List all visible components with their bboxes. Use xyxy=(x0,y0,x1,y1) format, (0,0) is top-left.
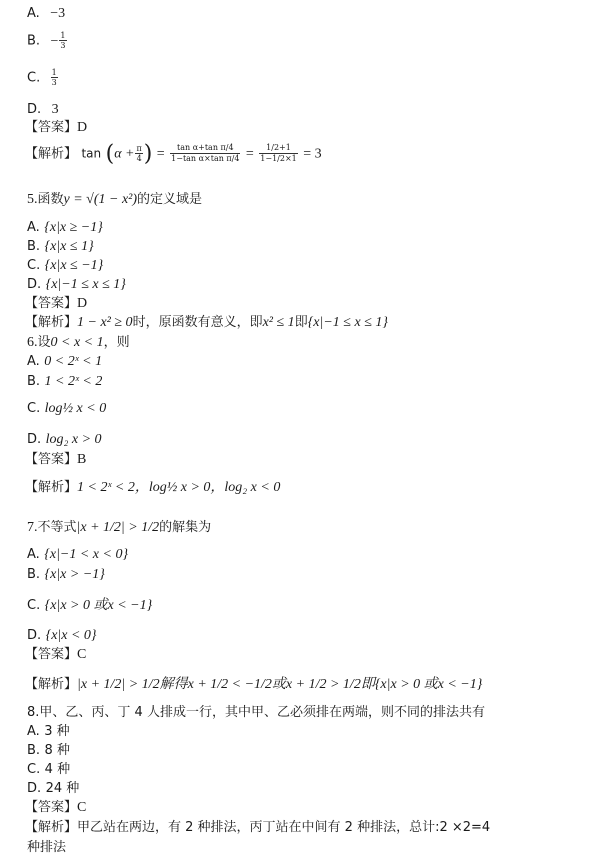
numerator: 1/2+1 xyxy=(259,143,297,154)
option-value: −3 xyxy=(50,6,65,21)
option-label: B. xyxy=(27,743,40,758)
option-label: A. xyxy=(27,547,40,562)
option-value: {x|x ≤ 1} xyxy=(45,239,94,254)
stem-text: 函数 xyxy=(38,192,64,207)
analysis-label: 【解析】 xyxy=(25,147,77,162)
answer-value: B xyxy=(77,452,86,467)
q7-stem: 7.不等式|x + 1/2| > 1/2的解集为 xyxy=(27,518,211,537)
alpha-plus: α + xyxy=(114,147,134,162)
q6-option-b: B. 1 < 2ˣ < 2 xyxy=(27,372,102,391)
answer-value: C xyxy=(77,800,86,815)
stem-text: 的定义域是 xyxy=(137,192,202,207)
q7-analysis: 【解析】|x + 1/2| > 1/2解得x + 1/2 < −1/2或x + … xyxy=(25,675,482,694)
q4-analysis: 【解析】 tan (α +π4) = tan α+tan π/41−tan α×… xyxy=(25,143,322,164)
stem-math: 0 < x < 1 xyxy=(51,335,104,350)
analysis-text: 甲乙站在两边，有 2 种排法，丙丁站在中间有 2 种排法，总计:2 ×2=4 xyxy=(77,820,490,835)
option-value: 4 种 xyxy=(45,762,70,777)
q6-option-a: A. 0 < 2ˣ < 1 xyxy=(27,352,102,371)
q5-option-b: B. {x|x ≤ 1} xyxy=(27,237,94,256)
option-label: B. xyxy=(27,239,40,254)
option-label: B. xyxy=(27,374,40,389)
fraction: π4 xyxy=(135,144,142,163)
q5-analysis: 【解析】1 − x² ≥ 0时，原函数有意义，即x² ≤ 1即{x|−1 ≤ x… xyxy=(25,313,388,332)
q8-option-c: C. 4 种 xyxy=(27,760,70,779)
q6-option-c: C. log½ x < 0 xyxy=(27,399,106,418)
answer-label: 【答案】 xyxy=(25,800,77,815)
stem-text: 不等式 xyxy=(38,520,77,535)
fraction: 13 xyxy=(59,31,66,50)
option-label: B. xyxy=(27,34,40,49)
option-value: {x|x < 0} xyxy=(46,628,97,643)
q4-option-a: A. −3 xyxy=(27,4,65,23)
numerator: tan α+tan π/4 xyxy=(170,143,240,154)
option-label: D. xyxy=(27,102,41,117)
answer-label: 【答案】 xyxy=(25,296,77,311)
option-label: A. xyxy=(27,354,40,369)
option-value: 0 < 2ˣ < 1 xyxy=(44,354,102,369)
q4-option-c: C. 13 xyxy=(27,68,59,88)
q5-stem: 5.函数y = √(1 − x²)的定义域是 xyxy=(27,190,202,209)
option-value: {x|x ≤ −1} xyxy=(45,258,104,273)
option-value: − xyxy=(51,34,59,49)
analysis-math: x² ≤ 1 xyxy=(263,315,295,330)
q4-option-d: D. 3 xyxy=(27,100,59,119)
left-paren: ( xyxy=(106,142,115,167)
q7-option-a: A. {x|−1 < x < 0} xyxy=(27,545,128,564)
option-value: {x|−1 ≤ x ≤ 1} xyxy=(46,277,126,292)
denominator: 1−tan α×tan π/4 xyxy=(170,154,240,164)
analysis-text: 时，原函数有意义，即 xyxy=(133,315,263,330)
q6-answer: 【答案】B xyxy=(25,450,86,469)
fraction-main: tan α+tan π/41−tan α×tan π/4 xyxy=(170,143,240,164)
q4-option-b: B. −13 xyxy=(27,31,68,51)
option-label: C. xyxy=(27,598,40,613)
q6-option-d: D. log₂ x > 0 xyxy=(27,430,102,449)
option-label: A. xyxy=(27,220,40,235)
q8-option-d: D. 24 种 xyxy=(27,779,79,798)
tan-text: tan xyxy=(81,147,101,161)
option-value: 1 < 2ˣ < 2 xyxy=(45,374,103,389)
question-number: 5. xyxy=(27,192,38,207)
analysis-math: {x|−1 ≤ x ≤ 1} xyxy=(308,315,388,330)
option-label: D. xyxy=(27,781,41,796)
q7-option-c: C. {x|x > 0 或x < −1} xyxy=(27,596,152,615)
option-value: 24 种 xyxy=(46,781,80,796)
analysis-label: 【解析】 xyxy=(25,820,77,835)
analysis-label: 【解析】 xyxy=(25,677,77,692)
stem-text: 8.甲、乙、丙、丁 4 人排成一行，其中甲、乙必须排在两端，则不同的排法共有 xyxy=(27,705,485,720)
numerator: 1 xyxy=(59,31,66,41)
option-value: 3 xyxy=(52,102,59,117)
option-value: log½ x < 0 xyxy=(45,401,107,416)
q4-answer: 【答案】D xyxy=(25,118,87,137)
fraction-value: 1/2+11−1/2×1 xyxy=(259,143,297,164)
stem-math: y = √(1 − x²) xyxy=(64,192,138,207)
option-label: A. xyxy=(27,6,40,21)
stem-math: |x + 1/2| > 1/2 xyxy=(77,520,160,535)
option-label: C. xyxy=(27,258,40,273)
q5-option-d: D. {x|−1 ≤ x ≤ 1} xyxy=(27,275,126,294)
option-value: {x|x > −1} xyxy=(45,567,105,582)
q8-analysis-cont: 种排法 xyxy=(27,838,66,857)
option-label: D. xyxy=(27,628,41,643)
option-value: log₂ x > 0 xyxy=(46,432,102,447)
option-label: D. xyxy=(27,277,41,292)
q8-answer: 【答案】C xyxy=(25,798,86,817)
option-label: C. xyxy=(27,71,40,86)
q8-option-a: A. 3 种 xyxy=(27,722,70,741)
q7-option-d: D. {x|x < 0} xyxy=(27,626,97,645)
question-number: 7. xyxy=(27,520,38,535)
answer-label: 【答案】 xyxy=(25,452,77,467)
analysis-math: 1 < 2ˣ < 2，log½ x > 0，log₂ x < 0 xyxy=(77,480,280,495)
numerator: π xyxy=(135,144,142,154)
stem-text: ，则 xyxy=(104,335,130,350)
answer-label: 【答案】 xyxy=(25,647,77,662)
analysis-math: 1 − x² ≥ 0 xyxy=(77,315,133,330)
q7-answer: 【答案】C xyxy=(25,645,86,664)
answer-value: D xyxy=(77,296,87,311)
analysis-label: 【解析】 xyxy=(25,480,77,495)
option-label: A. xyxy=(27,724,40,739)
option-value: 8 种 xyxy=(45,743,70,758)
stem-text: 的解集为 xyxy=(159,520,211,535)
q5-answer: 【答案】D xyxy=(25,294,87,313)
analysis-label: 【解析】 xyxy=(25,315,77,330)
option-label: B. xyxy=(27,567,40,582)
q7-option-b: B. {x|x > −1} xyxy=(27,565,105,584)
denominator: 3 xyxy=(51,78,58,87)
q5-option-c: C. {x|x ≤ −1} xyxy=(27,256,103,275)
q6-stem: 6.设0 < x < 1，则 xyxy=(27,333,130,352)
numerator: 1 xyxy=(51,68,58,78)
option-value: {x|x ≥ −1} xyxy=(44,220,103,235)
q8-analysis: 【解析】甲乙站在两边，有 2 种排法，丙丁站在中间有 2 种排法，总计:2 ×2… xyxy=(25,818,490,837)
option-value: 3 种 xyxy=(44,724,69,739)
q8-stem: 8.甲、乙、丙、丁 4 人排成一行，其中甲、乙必须排在两端，则不同的排法共有 xyxy=(27,703,485,722)
analysis-math: |x + 1/2| > 1/2解得x + 1/2 < −1/2或x + 1/2 … xyxy=(77,677,482,692)
option-label: D. xyxy=(27,432,41,447)
stem-text: 设 xyxy=(38,335,51,350)
answer-value: C xyxy=(77,647,86,662)
denominator: 1−1/2×1 xyxy=(259,154,297,164)
result: = 3 xyxy=(303,147,321,162)
analysis-text: 即 xyxy=(295,315,308,330)
question-number: 6. xyxy=(27,335,38,350)
fraction: 13 xyxy=(51,68,58,87)
option-label: C. xyxy=(27,401,40,416)
q8-option-b: B. 8 种 xyxy=(27,741,70,760)
denominator: 3 xyxy=(59,41,66,50)
q6-analysis: 【解析】1 < 2ˣ < 2，log½ x > 0，log₂ x < 0 xyxy=(25,478,280,497)
answer-label: 【答案】 xyxy=(25,120,77,135)
option-value: {x|x > 0 或x < −1} xyxy=(45,598,153,613)
denominator: 4 xyxy=(135,154,142,163)
option-value: {x|−1 < x < 0} xyxy=(44,547,128,562)
answer-value: D xyxy=(77,120,87,135)
analysis-text: 种排法 xyxy=(27,840,66,855)
q5-option-a: A. {x|x ≥ −1} xyxy=(27,218,103,237)
right-paren: ) xyxy=(144,142,153,167)
option-label: C. xyxy=(27,762,40,777)
